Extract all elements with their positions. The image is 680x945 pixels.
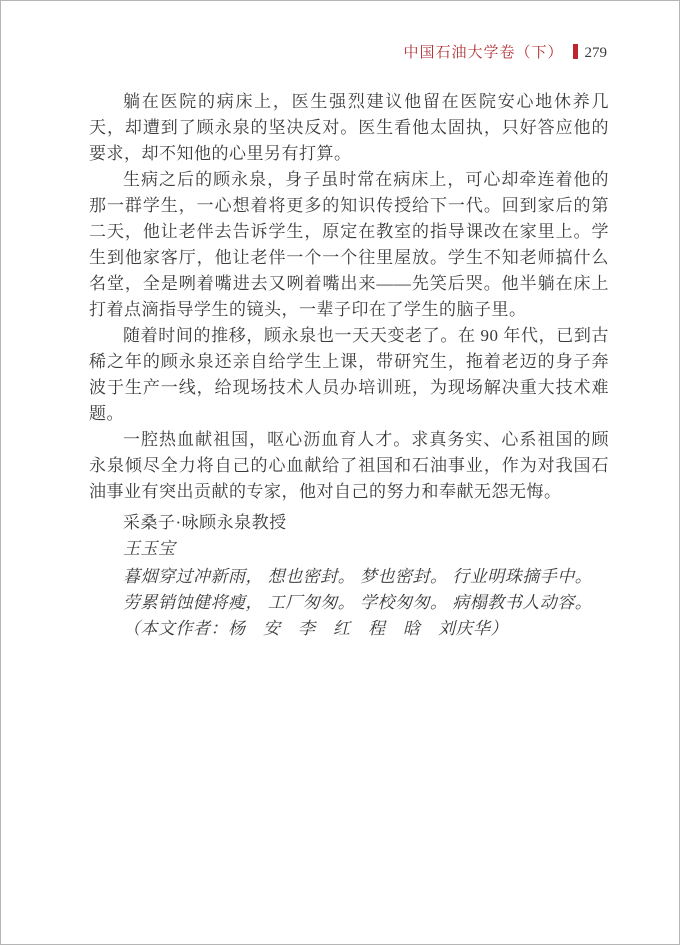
body-paragraph-4: 一腔热血献祖国，呕心沥血育人才。求真务实、心系祖国的顾永泉倾尽全力将自己的心血献… <box>89 427 609 505</box>
poem-title: 采桑子·咏顾永泉教授 <box>89 510 609 536</box>
page-content: 躺在医院的病床上，医生强烈建议他留在医院安心地休养几天，却遭到了顾永泉的坚决反对… <box>89 89 609 642</box>
running-head-book-title: 中国石油大学卷（下） <box>403 45 563 61</box>
page-number-divider-bar <box>573 44 578 59</box>
poem-lines: 暮烟穿过冲新雨， 想也密封。 梦也密封。 行业明珠摘手中。 劳累销蚀健将瘦， 工… <box>89 564 609 616</box>
poem-line-1: 暮烟穿过冲新雨， 想也密封。 梦也密封。 行业明珠摘手中。 <box>89 564 609 590</box>
running-head: 中国石油大学卷（下）279 <box>73 41 607 62</box>
body-paragraph-1: 躺在医院的病床上，医生强烈建议他留在医院安心地休养几天，却遭到了顾永泉的坚决反对… <box>89 89 609 167</box>
poem-author: 王玉宝 <box>89 536 609 562</box>
body-paragraph-3: 随着时间的推移，顾永泉也一天天变老了。在 90 年代，已到古稀之年的顾永泉还亲自… <box>89 323 609 427</box>
attribution-line: （本文作者：杨 安 李 红 程 晗 刘庆华） <box>89 616 609 642</box>
body-paragraph-2: 生病之后的顾永泉，身子虽时常在病床上，可心却牵连着他的那一群学生，一心想着将更多… <box>89 167 609 323</box>
poem-block: 采桑子·咏顾永泉教授 王玉宝 暮烟穿过冲新雨， 想也密封。 梦也密封。 行业明珠… <box>89 510 609 616</box>
page-number: 279 <box>585 45 608 61</box>
poem-line-2: 劳累销蚀健将瘦， 工厂匆匆。 学校匆匆。 病榻教书人动容。 <box>89 590 609 616</box>
book-page: 中国石油大学卷（下）279 躺在医院的病床上，医生强烈建议他留在医院安心地休养几… <box>0 0 680 945</box>
